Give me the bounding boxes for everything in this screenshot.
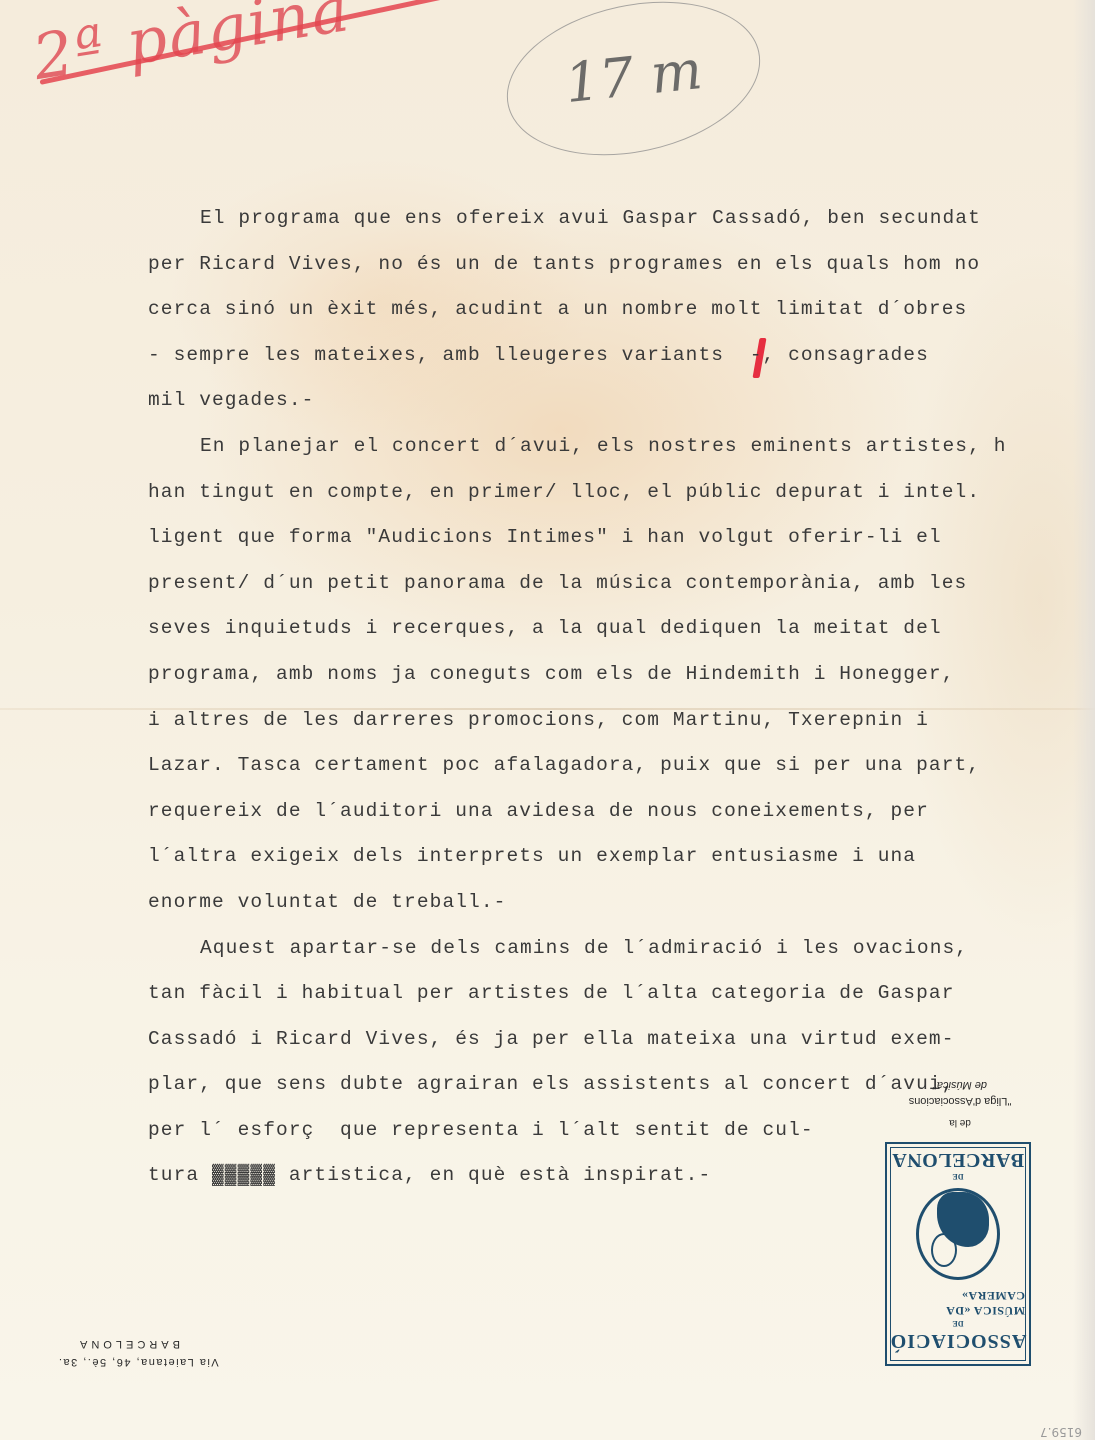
- text-line: Cassadó i Ricard Vives, és ja per ella m…: [148, 1017, 1048, 1063]
- stamp-de: DE: [952, 1172, 963, 1181]
- text-line: han tingut en compte, en primer/ lloc, e…: [148, 470, 1048, 516]
- text-line: seves inquietuds i recerques, a la qual …: [148, 606, 1048, 652]
- stamp-subtitle: MÚSICA «DA CAMERA»: [891, 1288, 1025, 1318]
- text-line: En planejar el concert d´avui, els nostr…: [148, 424, 1048, 470]
- text-line: - sempre les mateixes, amb lleugeres var…: [148, 333, 1048, 379]
- text-line: mil vegades.-: [148, 378, 1048, 424]
- stamp-title: ASSOCIACIÓ: [890, 1329, 1027, 1352]
- stamp-de: DE: [952, 1319, 963, 1328]
- address-street: Via Laietana, 46, 5è., 3a.: [38, 1356, 238, 1368]
- text-line: requereix de l´auditori una avidesa de n…: [148, 789, 1048, 835]
- text-line: programa, amb noms ja coneguts com els d…: [148, 652, 1048, 698]
- letterhead-address: Via Laietana, 46, 5è., 3a. BARCELONA: [38, 1328, 238, 1368]
- association-letterhead-stamp: ASSOCIACIÓ DE MÚSICA «DA CAMERA» DE BARC…: [885, 1142, 1031, 1366]
- stamp-city: BARCELONA: [892, 1148, 1024, 1171]
- text-line: per Ricard Vives, no és un de tants prog…: [148, 242, 1048, 288]
- liga-line-2: "Lliga d'Associacions: [880, 1095, 1040, 1107]
- text-line: i altres de les darreres promocions, com…: [148, 698, 1048, 744]
- text-line: l´altra exigeix dels interprets un exemp…: [148, 834, 1048, 880]
- text-line: enorme voluntat de treball.-: [148, 880, 1048, 926]
- text-line: Lazar. Tasca certament poc afalagadora, …: [148, 743, 1048, 789]
- text-line: tan fàcil i habitual per artistes de l´a…: [148, 971, 1048, 1017]
- text-line: present/ d´un petit panorama de la músic…: [148, 561, 1048, 607]
- emblem-icon: [916, 1188, 1000, 1280]
- address-city: BARCELONA: [38, 1338, 218, 1350]
- paper-edge: [1073, 0, 1095, 1440]
- liga-line-3: de Música": [880, 1079, 1040, 1091]
- text-line: Aquest apartar-se dels camins de l´admir…: [148, 926, 1048, 972]
- liga-letterhead-text: de la "Lliga d'Associacions de Música": [880, 1060, 1040, 1130]
- text-line: cerca sinó un èxit més, acudint a un nom…: [148, 287, 1048, 333]
- liga-line-1: de la: [880, 1117, 1040, 1128]
- archive-reference-number: 6159.7: [1040, 1425, 1082, 1439]
- text-line: ligent que forma "Audicions Intimes" i h…: [148, 515, 1048, 561]
- typed-body: El programa que ens ofereix avui Gaspar …: [148, 196, 1048, 1199]
- text-line: El programa que ens ofereix avui Gaspar …: [148, 196, 1048, 242]
